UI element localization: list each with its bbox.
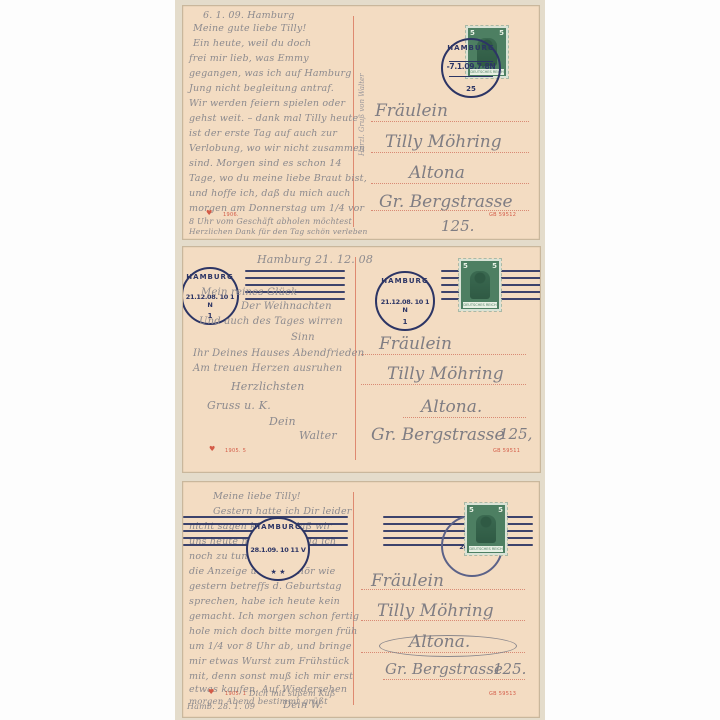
address-street: Gr. Bergstrasse — [379, 192, 513, 212]
signature: Walter — [299, 429, 337, 442]
stamp-value: 5 — [469, 506, 474, 514]
message-line: Ein heute, weil du doch — [193, 36, 311, 52]
germania-figure-icon — [476, 515, 496, 543]
postmark-city: HAMBURG — [443, 44, 499, 52]
machine-postmark: HAMBURG 21.12.08. 10 1 N 1 — [375, 271, 435, 331]
address-salutation: Fräulein — [379, 334, 452, 354]
address-salutation: Fräulein — [375, 101, 448, 121]
signature: Dein W. — [283, 700, 323, 711]
address-name: Tilly Möhring — [385, 132, 502, 152]
germania-figure-icon — [470, 271, 490, 299]
message-line: Am treuen Herzen ausruhen — [193, 361, 342, 377]
message-line: Wir werden feiern spielen oder — [189, 96, 345, 112]
address-number: 125. — [493, 660, 526, 678]
message-line: und hoffe ich, daß du mich auch — [189, 186, 351, 202]
margin-note: Herzl. Gruß von Walter — [358, 73, 366, 156]
publisher-logo-icon: ♥ — [208, 688, 214, 696]
postmark-number: 1 — [377, 318, 433, 326]
message-line: Sinn — [291, 330, 315, 346]
postcard-3: Meine liebe Tilly! Gestern hatte ich Dir… — [182, 481, 540, 718]
print-code-left: 1905. 1 — [225, 691, 246, 697]
stamp-banner: DEUTSCHES REICH — [469, 546, 503, 552]
message-line: frei mir lieb, was Emmy — [189, 51, 309, 67]
stamp-value: 5 — [499, 29, 504, 37]
message-line: Verlobung, wo wir nicht zusammen — [189, 141, 365, 157]
address-street: Gr. Bergstrasse — [371, 425, 505, 445]
message-line: sind. Morgen sind es schon 14 — [189, 156, 342, 172]
footer-date: Hamb. 28. 1. 09 — [187, 702, 255, 711]
closing-line: Herzlichsten — [231, 380, 305, 393]
publisher-logo-icon: ♥ — [209, 445, 215, 453]
stamp-banner: DEUTSCHES REICH — [463, 302, 497, 308]
address-name: Tilly Möhring — [377, 601, 494, 621]
message-line: Meine gute liebe Tilly! — [193, 21, 306, 37]
message-line: Der Weihnachten — [241, 299, 332, 315]
message-line: gemacht. Ich morgen schon fertig — [189, 609, 359, 625]
message-line: Ihr Deines Hauses Abendfrieden — [193, 346, 364, 362]
message-line: gegangen, was ich auf Hamburg — [189, 66, 352, 82]
message-line: gestern betreffs d. Geburtstag — [189, 579, 342, 595]
postmark-number: 25 — [443, 85, 499, 93]
message-date: Hamburg 21. 12. 08 — [257, 253, 373, 266]
postmark-city: HAMBURG — [377, 277, 433, 285]
stamp-value: 5 — [463, 262, 468, 270]
address-street: Gr. Bergstrasse — [385, 660, 503, 678]
stamp-value: 5 — [470, 29, 475, 37]
postmark-date: -7.1.09.7-8N — [445, 62, 497, 71]
message-line: Tage, wo du meine liebe Braut bist, — [189, 171, 367, 187]
address-number: 125. — [441, 217, 474, 235]
message-line: sprechen, habe ich heute kein — [189, 594, 340, 610]
address-salutation: Fräulein — [371, 571, 444, 591]
closing-line: Dein — [269, 415, 296, 428]
postcard-1: 6. 1. 09. Hamburg Meine gute liebe Tilly… — [182, 5, 540, 240]
publisher-logo-icon: ♥ — [206, 209, 212, 217]
postmark-date: 21.12.08. 10 1 N — [379, 298, 431, 314]
stamp-value: 5 — [492, 262, 497, 270]
print-code-left: 1905. 5 — [225, 448, 246, 454]
stamp-germania-5pf: 5 5 DEUTSCHES REICH — [459, 259, 501, 311]
address-city: Altona. — [409, 632, 470, 652]
postmark-stars: ★ ★ — [248, 568, 308, 576]
message-line: Meine liebe Tilly! — [213, 489, 301, 505]
message-line: Und auch des Tages wirren — [199, 314, 343, 330]
postmark-date: 28.1.09. 10 11 V — [250, 546, 306, 554]
address-city: Altona. — [421, 397, 482, 417]
print-code-right: GB 59512 — [489, 212, 516, 218]
message-line: hole mich doch bitte morgen früh — [189, 624, 357, 640]
address-number: 125, — [499, 425, 532, 443]
print-code-right: GB 59513 — [489, 691, 516, 697]
stamp-germania-5pf: 5 5 DEUTSCHES REICH — [465, 503, 507, 555]
print-code-right: GB 59511 — [493, 448, 520, 454]
stamp-value: 5 — [498, 506, 503, 514]
print-code-left: 1906. — [223, 212, 239, 218]
message-line: ist der erste Tag auf auch zur — [189, 126, 337, 142]
circular-postmark: HAMBURG -7.1.09.7-8N 25 — [441, 38, 501, 98]
machine-postmark: HAMBURG 28.1.09. 10 11 V ★ ★ — [246, 517, 310, 581]
closing-line: Gruss u. K. — [207, 399, 271, 412]
message-line: um 1/4 vor 8 Uhr ab, und bringe — [189, 639, 352, 655]
message-line: gehst weit. – dank mal Tilly heute — [189, 111, 358, 127]
message-line: Herzlichen Dank für den Tag schön verleb… — [189, 224, 368, 240]
postcard-2: HAMBURG 21.12.08. 10 1 N 1 HAMBURG 21.12… — [182, 246, 541, 473]
postmark-city: HAMBURG — [248, 523, 308, 531]
postmark-city: HAMBURG — [183, 273, 237, 281]
address-name: Tilly Möhring — [387, 364, 504, 384]
message-line: Jung nicht begleitung antraf. — [189, 81, 334, 97]
message-line: mir etwas Wurst zum Frühstück — [189, 654, 350, 670]
address-city: Altona — [409, 163, 465, 183]
